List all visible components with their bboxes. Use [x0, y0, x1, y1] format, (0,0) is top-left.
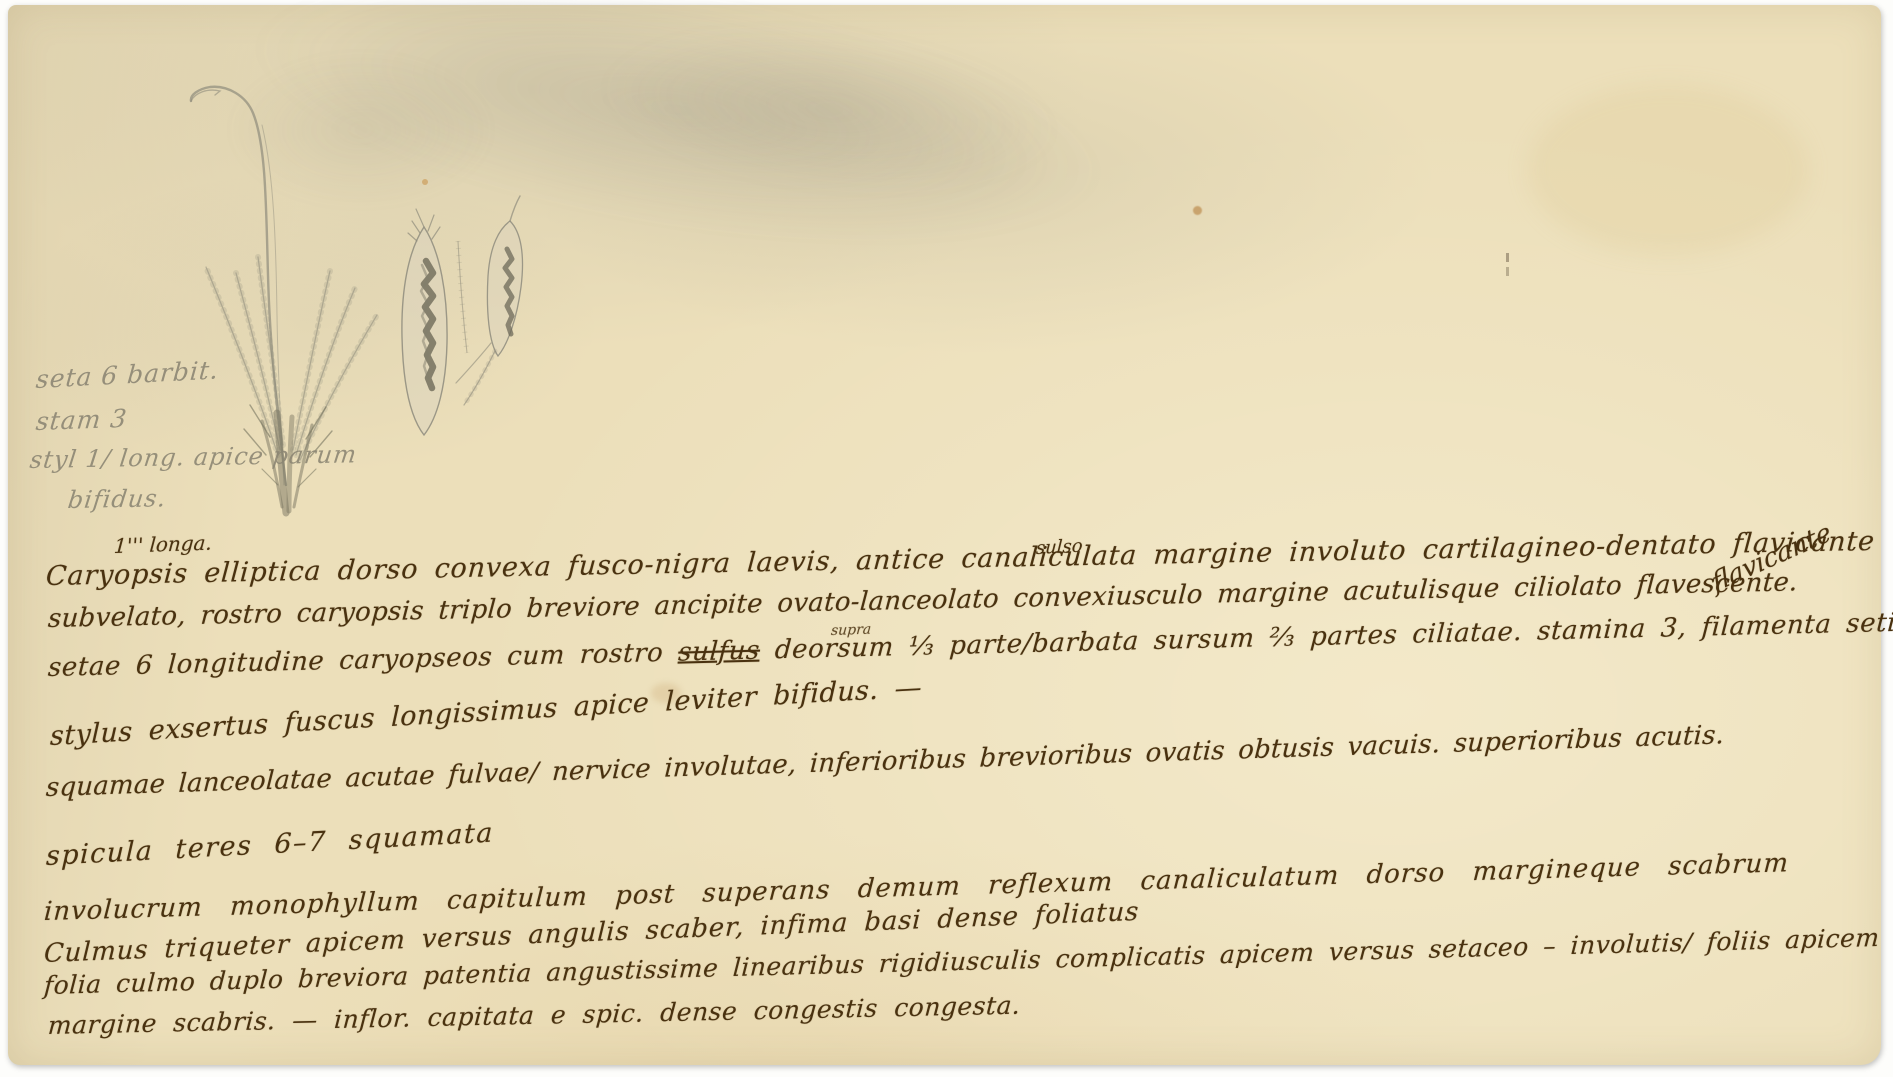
ink-line-4: stylus exsertus fuscus longissimus apice… [50, 672, 923, 752]
paper-stain [1528, 85, 1808, 255]
ink-line-3-pre: setae 6 longitudine caryopseos cum rostr… [47, 638, 664, 683]
pencil-note-line: bifidus. [66, 484, 168, 514]
ink-line-6: spicula teres 6–7 squamata [45, 817, 494, 872]
scan-background: seta 6 barbit. stam 3 styl 1/ long. apic… [0, 0, 1893, 1077]
manuscript-page: seta 6 barbit. stam 3 styl 1/ long. apic… [8, 5, 1881, 1065]
paper-edge-mark [1506, 253, 1509, 262]
pencil-note-line: stam 3 [34, 404, 128, 436]
caryopsis-front-sketch [402, 209, 447, 435]
ink-superscript-measure: 1''' longa. [113, 531, 213, 558]
ink-line-10: margine scabris. — inflor. capitata e sp… [47, 991, 1021, 1040]
caryopsis-side-sketch [456, 196, 523, 405]
paper-stain [1193, 206, 1202, 215]
ink-word-struck: sulfus [677, 636, 761, 668]
pencil-note-line: styl 1/ long. apice parum [28, 440, 358, 474]
graphite-smudge [519, 0, 1138, 256]
